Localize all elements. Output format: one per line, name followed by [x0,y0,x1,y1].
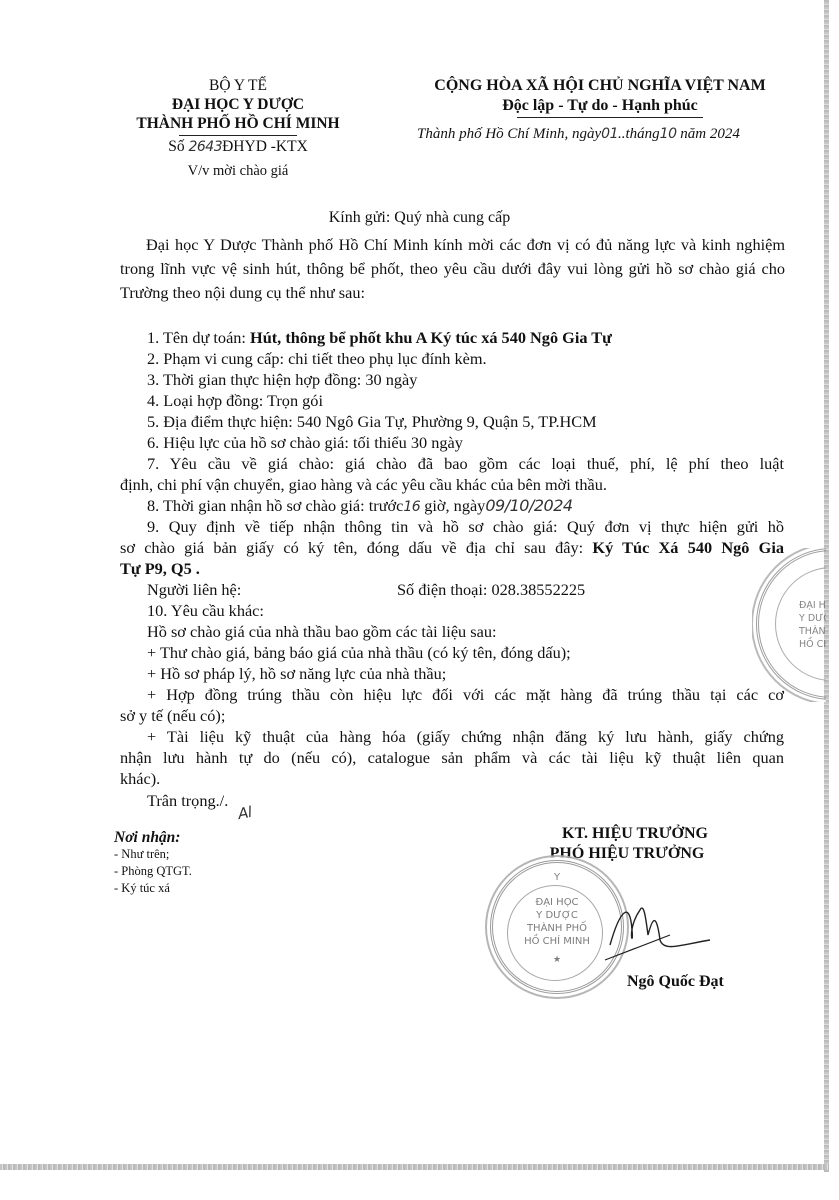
closing-remark: Trân trọng./. [147,790,228,811]
recipient-item: - Ký túc xá [114,880,192,897]
partial-stamp-edge: ĐẠI HỌC Y DƯỢC THÀNH PHỐ HỒ CHÍ MINH [752,548,826,702]
header-underline [179,135,297,136]
document-subject: V/v mời chào giá [108,162,368,181]
signature-scribble [600,890,720,970]
recipients-title: Nơi nhận: [114,829,192,846]
item-7-line-2: định, chi phí vận chuyển, giao hàng và c… [120,474,607,495]
signer-role-1: KT. HIỆU TRƯỞNG [520,824,750,844]
university-city: THÀNH PHỐ HỒ CHÍ MINH [108,114,368,133]
document-requirement-3-line-1: + Hợp đồng trúng thầu còn hiệu lực đối v… [147,684,784,705]
handwritten-month: 10 [660,126,677,142]
documents-intro: Hồ sơ chào giá của nhà thầu bao gồm các … [147,621,497,642]
signer-name: Ngô Quốc Đạt [627,973,724,991]
item-1: 1. Tên dự toán: Hút, thông bể phốt khu A… [147,327,612,348]
document-requirement-4-line-1: + Tài liệu kỹ thuật của hàng hóa (giấy c… [147,726,784,747]
recipients-block: Nơi nhận: - Như trên; - Phòng QTGT. - Ký… [114,829,192,897]
contact-person-label: Người liên hệ: [147,579,241,600]
item-2: 2. Phạm vi cung cấp: chi tiết theo phụ l… [147,348,487,369]
initials-signature: Al [237,803,253,823]
item-7-line-1: 7. Yêu cầu về giá chào: giá chào đã bao … [147,453,784,474]
stamp-top-letter: Y [493,863,621,884]
document-number: Số 2643ĐHYD -KTX [108,137,368,157]
university-name: ĐẠI HỌC Y DƯỢC [108,95,368,114]
handwritten-deadline-date: 09/10/2024 [485,496,572,515]
national-motto: Độc lập - Tự do - Hạnh phúc [405,96,795,116]
country-name: CỘNG HÒA XÃ HỘI CHỦ NGHĨA VIỆT NAM [405,76,795,96]
item-9-line-2: sơ chào giá bản giấy có ký tên, đóng dấu… [120,537,784,558]
ministry-name: BỘ Y TẾ [108,76,368,95]
handwritten-hour: 16 [403,499,420,515]
signature-titles: KT. HIỆU TRƯỞNG PHÓ HIỆU TRƯỞNG [520,824,750,864]
stamp-inner-ring [507,885,603,981]
issuer-header: BỘ Y TẾ ĐẠI HỌC Y DƯỢC THÀNH PHỐ HỒ CHÍ … [108,76,368,181]
item-9-line-3: Tự P9, Q5 . [120,558,200,579]
national-header: CỘNG HÒA XÃ HỘI CHỦ NGHĨA VIỆT NAM Độc l… [405,76,795,118]
document-requirement-4-line-3: khác). [120,768,160,789]
intro-paragraph: Đại học Y Dược Thành phố Hồ Chí Minh kín… [120,233,785,305]
item-8: 8. Thời gian nhận hồ sơ chào giá: trước1… [147,495,573,518]
item-9-line-1: 9. Quy định về tiếp nhận thông tin và hồ… [147,516,784,537]
item-3: 3. Thời gian thực hiện hợp đồng: 30 ngày [147,369,417,390]
document-requirement-3-line-2: sở y tế (nếu có); [120,705,225,726]
salutation: Kính gửi: Quý nhà cung cấp [0,209,839,227]
recipient-item: - Phòng QTGT. [114,863,192,880]
document-requirement-2: + Hồ sơ pháp lý, hồ sơ năng lực của nhà … [147,663,446,684]
document-requirement-4-line-2: nhận lưu hành tự do (nếu có), catalogue … [120,747,784,768]
item-5: 5. Địa điểm thực hiện: 540 Ngô Gia Tự, P… [147,411,597,432]
recipient-item: - Như trên; [114,846,192,863]
document-date: Thành phố Hồ Chí Minh, ngày01..tháng10 n… [417,126,740,143]
project-name: Hút, thông bể phốt khu A Ký túc xá 540 N… [250,328,612,347]
item-4: 4. Loại hợp đồng: Trọn gói [147,390,323,411]
item-10: 10. Yêu cầu khác: [147,600,264,621]
scan-edge-bottom [0,1164,829,1170]
document-requirement-1: + Thư chào giá, bảng báo giá của nhà thầ… [147,642,571,663]
contact-phone: Số điện thoại: 028.38552225 [397,579,585,600]
handwritten-day: 01 [601,126,618,142]
motto-underline [517,117,703,118]
item-6: 6. Hiệu lực của hồ sơ chào giá: tối thiể… [147,432,463,453]
handwritten-doc-number: 2643 [188,139,222,155]
